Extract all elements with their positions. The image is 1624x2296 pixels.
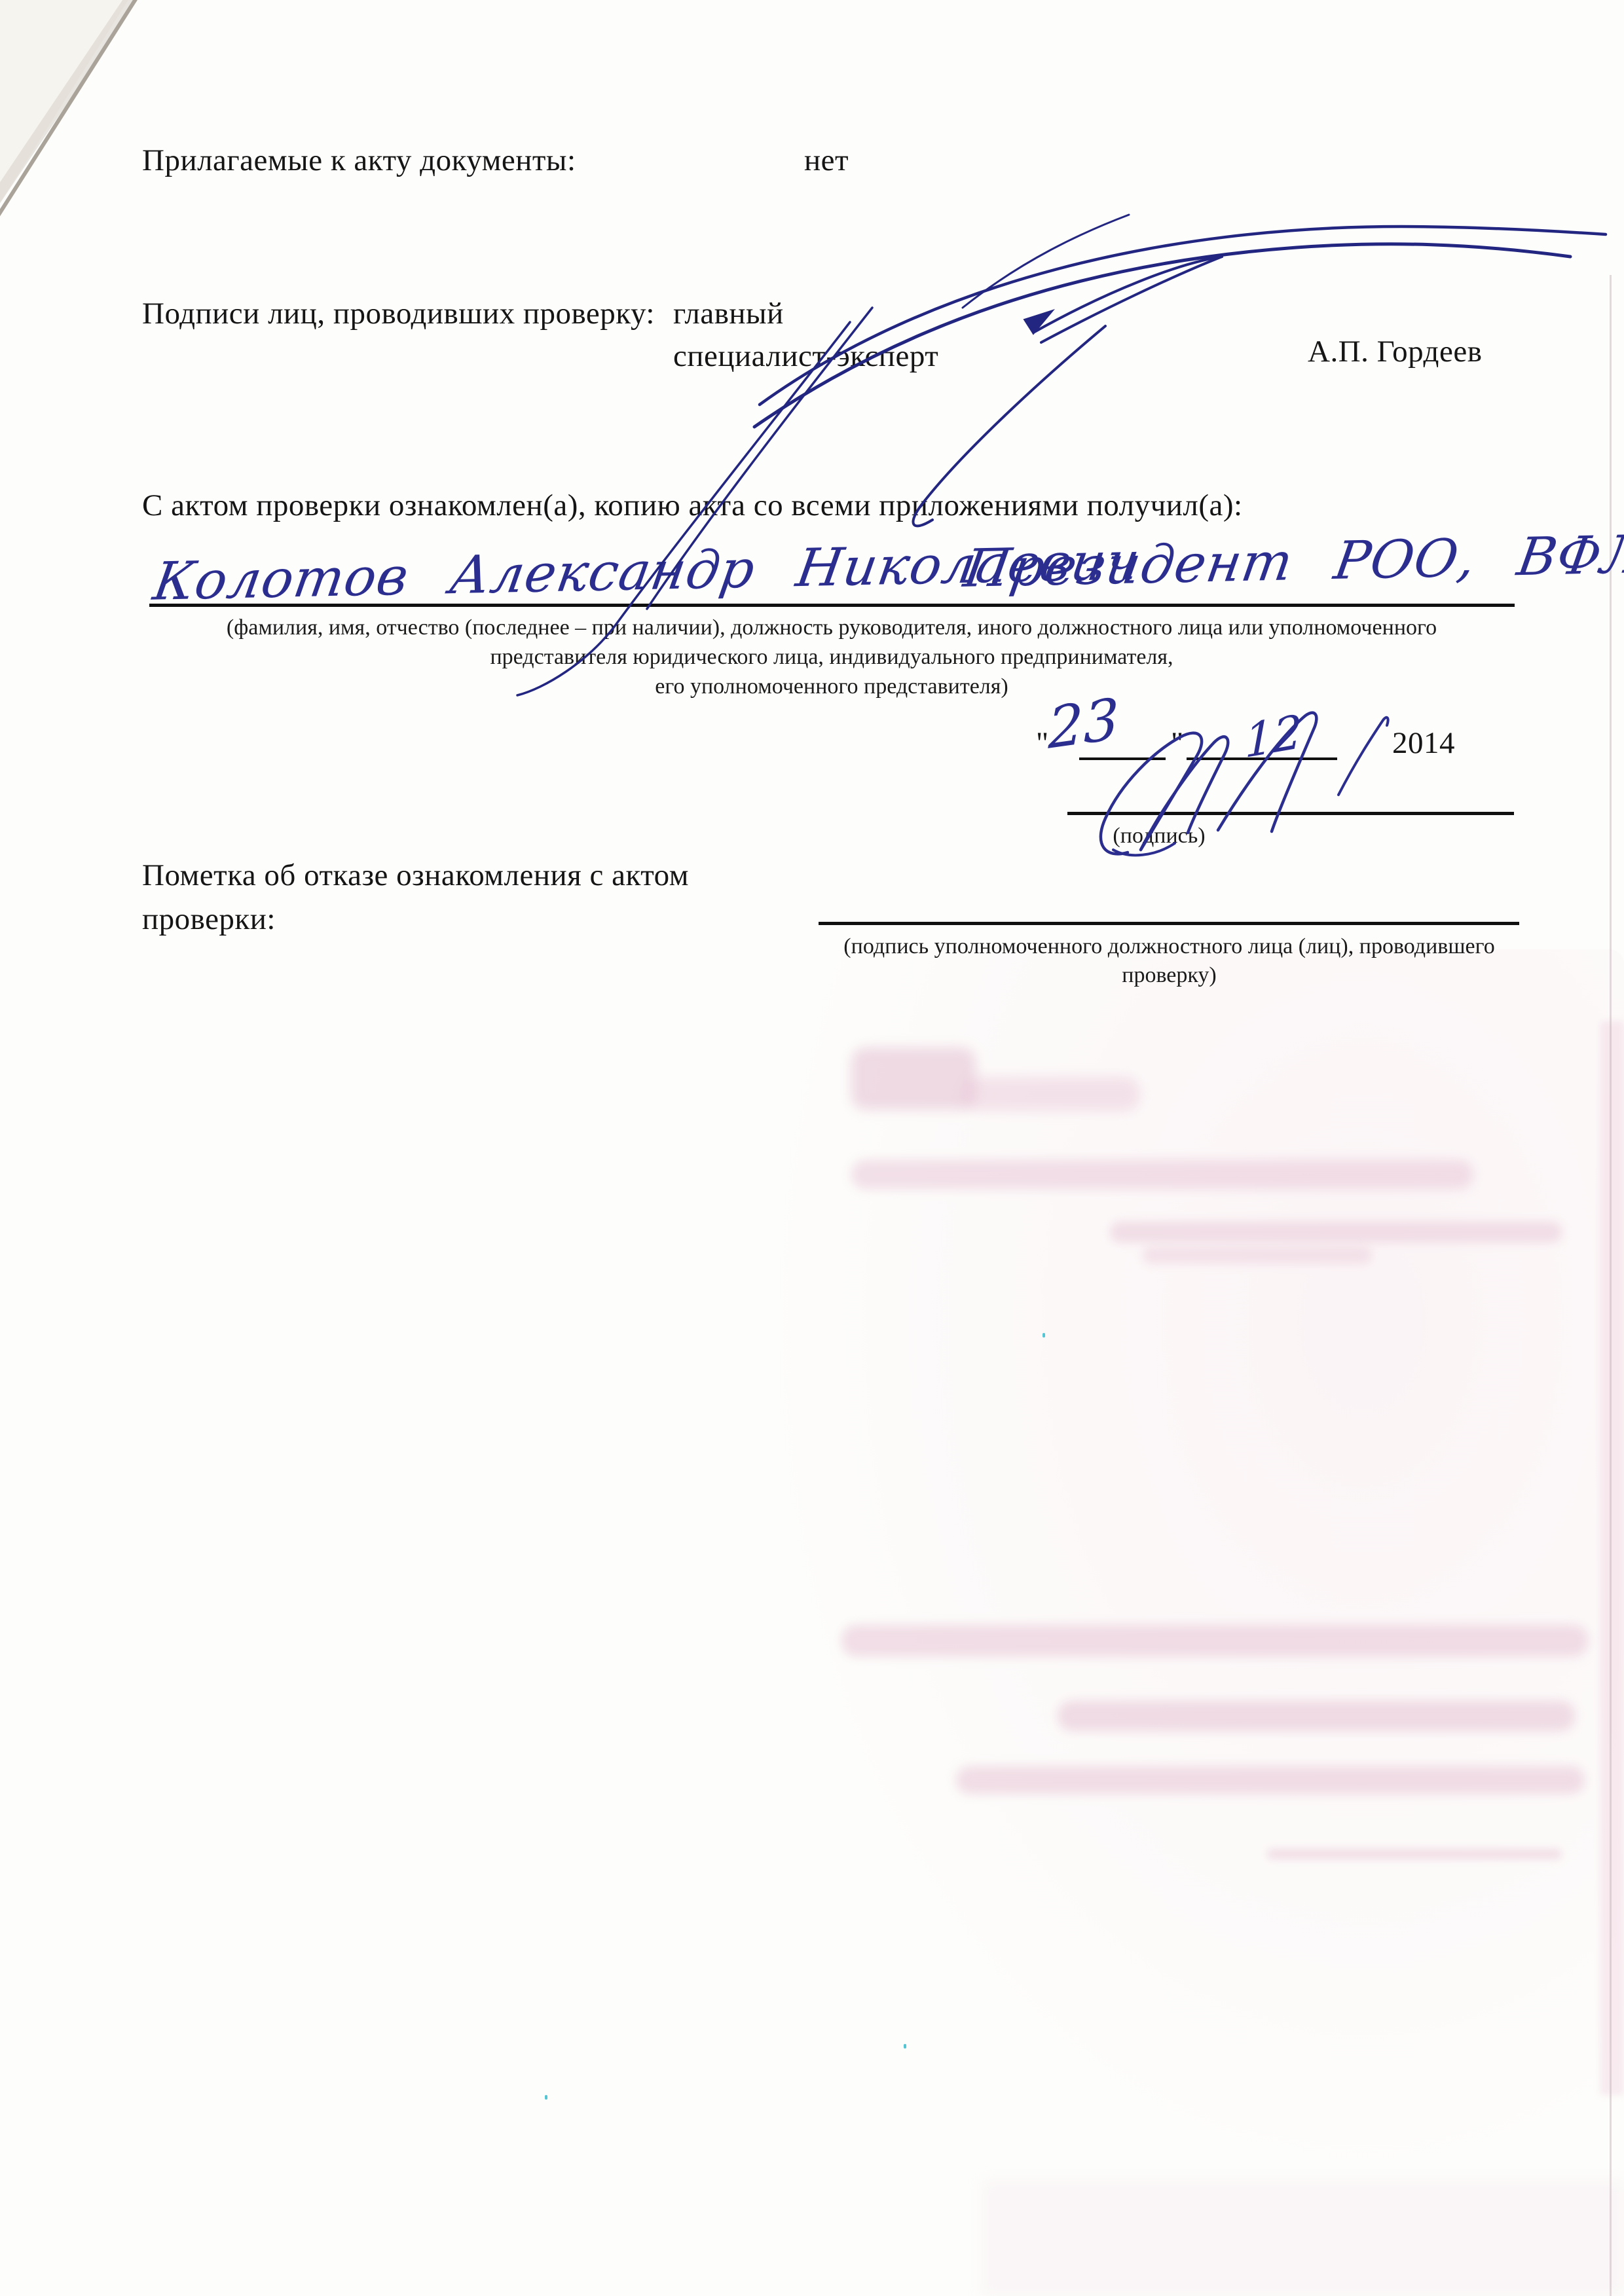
bleed-through-artifact <box>1267 1849 1562 1859</box>
scanned-document-page: Прилагаемые к акту документы: нет Подпис… <box>0 0 1624 2296</box>
refusal-signature-line <box>819 922 1519 925</box>
bleed-through-artifact <box>963 1077 1139 1111</box>
scan-speck <box>545 2095 547 2100</box>
date-month-handwritten: 12 <box>1245 704 1302 769</box>
bleed-through-artifact <box>851 1048 976 1110</box>
name-caption-line3: его уполномоченного представителя) <box>151 672 1513 701</box>
scan-speck <box>904 2044 906 2049</box>
refusal-caption: (подпись уполномоченного должностного ли… <box>817 932 1521 990</box>
bleed-through-artifact <box>1110 1222 1562 1243</box>
inspector-name: А.П. Гордеев <box>1308 334 1482 369</box>
name-underline <box>149 604 1515 607</box>
bleed-through-artifact <box>1600 1021 1624 2095</box>
bleed-through-artifact <box>1058 1701 1575 1731</box>
bleed-through-artifact <box>841 1625 1588 1656</box>
refusal-label-line1: Пометка об отказе ознакомления с актом <box>142 858 689 893</box>
inspector-position-line1: главный <box>673 296 784 331</box>
signatures-label: Подписи лиц, проводивших проверку: <box>142 296 655 331</box>
date-year: 2014 <box>1392 725 1455 761</box>
scan-speck <box>1043 1333 1045 1338</box>
signature-caption: (подпись) <box>1051 821 1267 850</box>
date-day-underline <box>1079 757 1166 760</box>
name-caption-line2: представителя юридического лица, индивид… <box>151 642 1513 672</box>
attachments-value: нет <box>804 143 849 178</box>
attachments-label: Прилагаемые к акту документы: <box>142 143 576 178</box>
signature-line <box>1067 812 1514 815</box>
date-day-handwritten: 23 <box>1048 686 1119 762</box>
bleed-through-artifact <box>753 949 1624 2193</box>
refusal-caption-line2: проверку) <box>817 961 1521 990</box>
name-caption: (фамилия, имя, отчество (последнее – при… <box>151 613 1513 701</box>
bleed-through-artifact <box>851 1160 1473 1189</box>
bleed-through-artifact <box>1143 1247 1372 1264</box>
acknowledgment-line: С актом проверки ознакомлен(а), копию ак… <box>142 488 1243 523</box>
date-open-quote: " <box>1036 725 1049 761</box>
name-caption-line1: (фамилия, имя, отчество (последнее – при… <box>151 613 1513 642</box>
bleed-through-artifact <box>956 1766 1585 1794</box>
bleed-through-artifact <box>982 2180 1624 2296</box>
inspector-position-line2: специалист-эксперт <box>673 338 938 374</box>
refusal-label-line2: проверки: <box>142 902 276 937</box>
refusal-caption-line1: (подпись уполномоченного должностного ли… <box>817 932 1521 961</box>
date-close-quote: " <box>1171 725 1184 761</box>
